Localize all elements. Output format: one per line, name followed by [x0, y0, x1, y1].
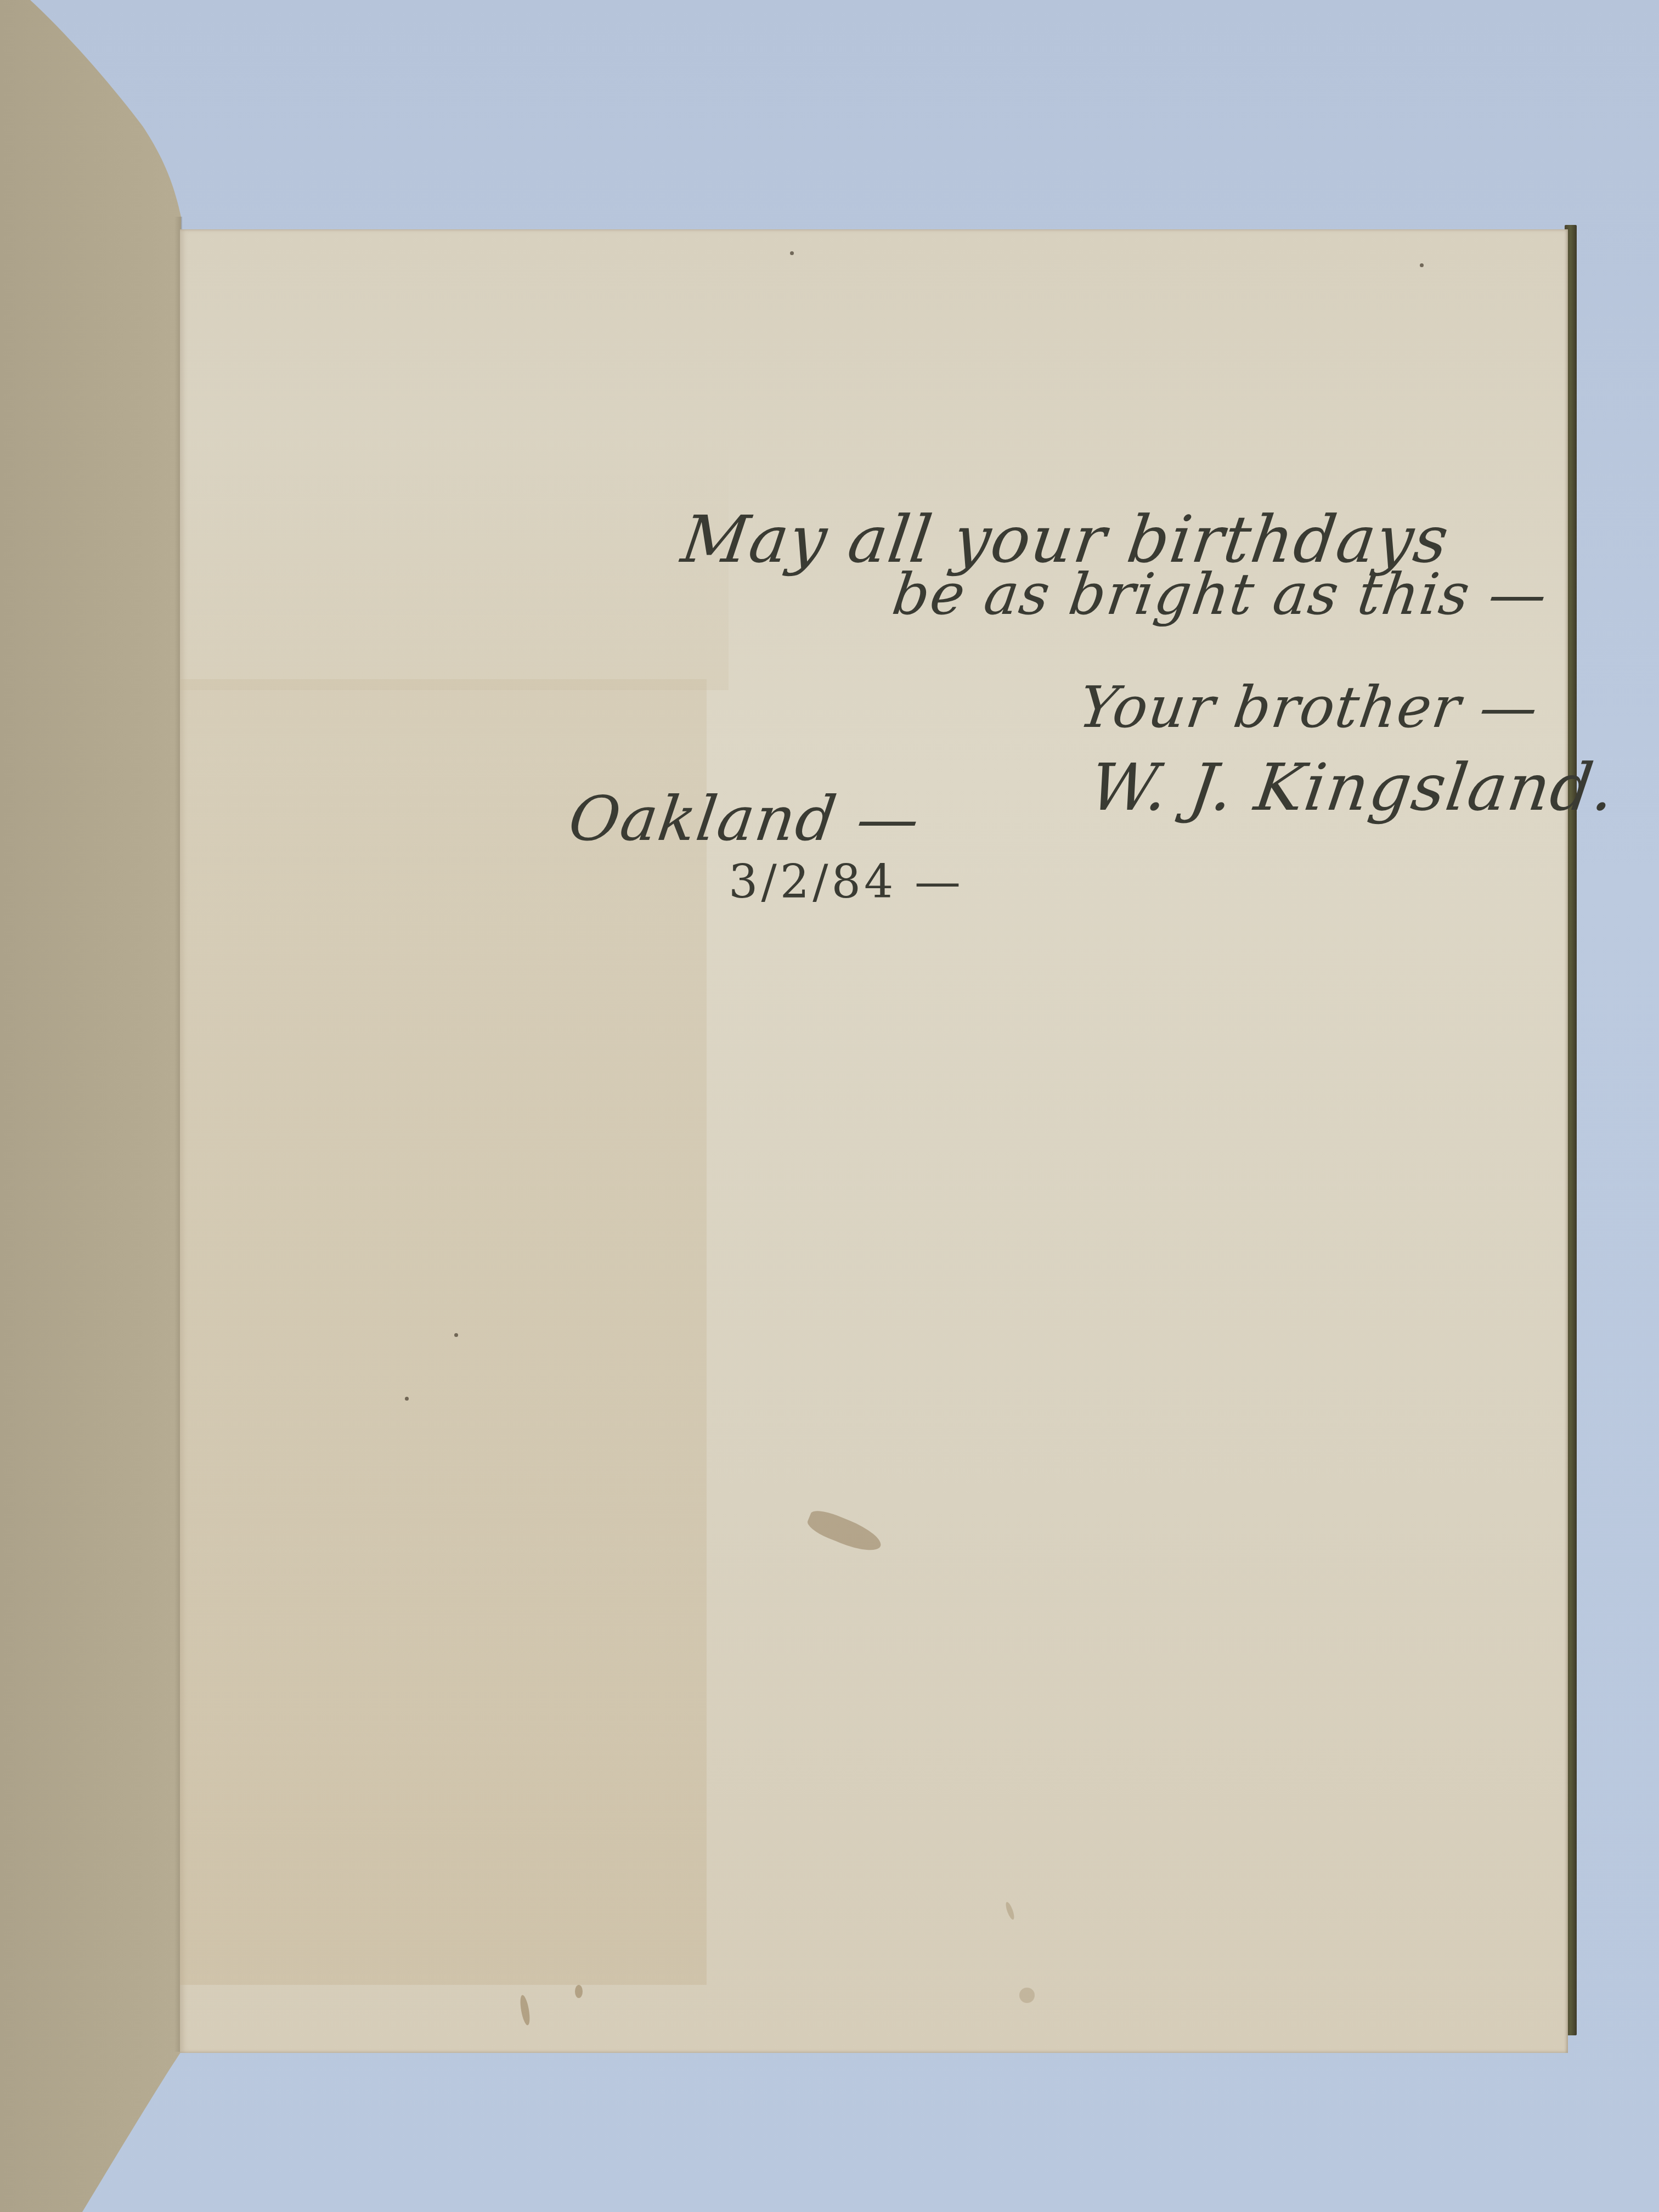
inscription-signature: W. J. Kingsland.: [1085, 749, 1620, 825]
inscription-closing: Your brother —: [1075, 674, 1543, 741]
page-toning-fade: [180, 438, 729, 690]
stain-mark: [1004, 1901, 1015, 1920]
stain-mark: [575, 1985, 583, 1998]
foxing-dot: [1420, 263, 1424, 267]
inscription-place: Oakland —: [565, 783, 925, 855]
inscribed-endpaper: May all your birthdays be as bright as t…: [180, 229, 1568, 2053]
page-toning-offset: [180, 679, 707, 1985]
foxing-dot: [790, 251, 794, 255]
inscription-greeting-line2: be as bright as this —: [888, 561, 1552, 628]
left-flyleaf-page: [0, 0, 181, 2212]
foxing-dot: [454, 1333, 458, 1337]
foxing-dot: [405, 1397, 409, 1401]
inscription-date: 3/2/84 —: [729, 855, 964, 909]
stain-mark: [1019, 1988, 1035, 2003]
stain-mark: [805, 1506, 885, 1557]
stain-mark: [518, 1994, 532, 2026]
